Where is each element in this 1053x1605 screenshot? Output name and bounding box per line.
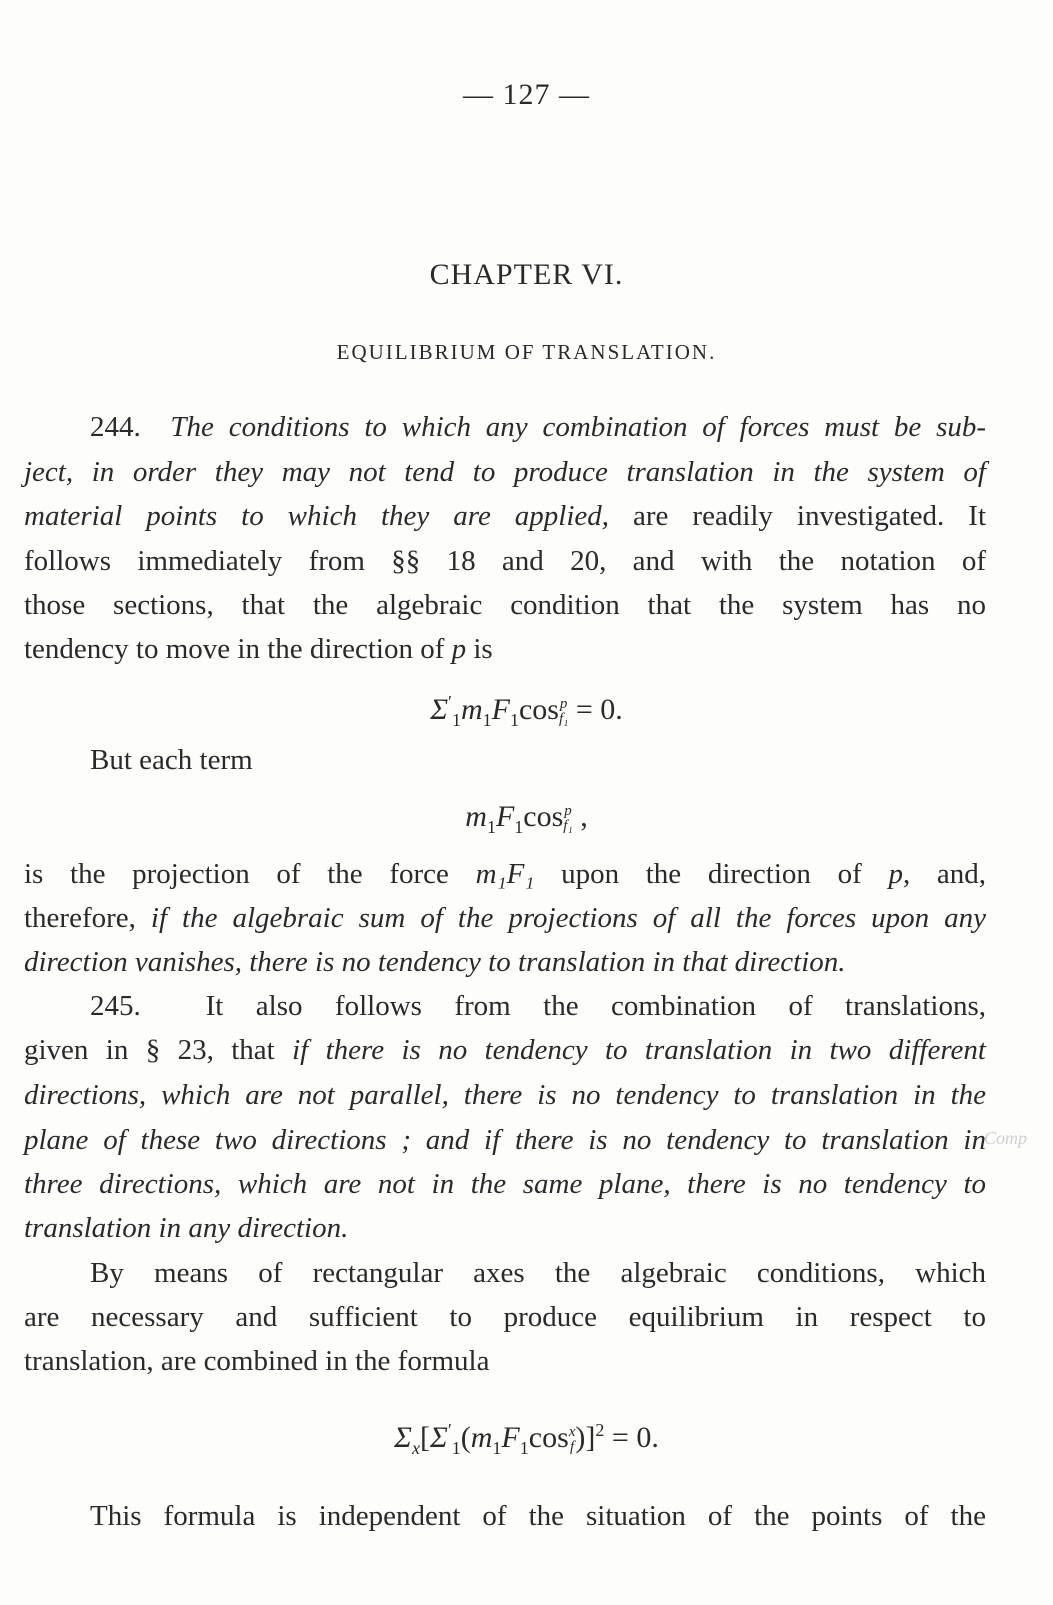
paragraph-number: 245.	[90, 990, 141, 1022]
text: given in § 23, that	[24, 1034, 292, 1066]
subscript: 1	[452, 1438, 461, 1458]
force-symbol: F	[492, 693, 510, 726]
paragraph-axes-line-1: By means of rectangular axes the algebra…	[90, 1253, 986, 1293]
subscript: 1	[514, 817, 523, 837]
text: therefore,	[24, 902, 151, 934]
variable: p	[452, 633, 467, 665]
but-each-term: But each term	[90, 740, 986, 780]
chapter-title: CHAPTER VI.	[0, 258, 1053, 292]
text: is the projection of the force	[24, 858, 476, 890]
bracket-open: [	[420, 1421, 430, 1454]
text: , and,	[903, 858, 986, 890]
text: tendency to move in the direction of	[24, 633, 452, 665]
section-title: EQUILIBRIUM OF TRANSLATION.	[0, 340, 1053, 365]
text: upon the direction of	[534, 858, 888, 890]
variable: m₁F₁	[476, 858, 535, 890]
frac-top: p	[563, 804, 572, 819]
paragraph-244-line-4: follows immediately from §§ 18 and 20, a…	[24, 541, 986, 581]
text: It also follows from the combination of …	[206, 990, 986, 1022]
formula-sum-projections: Σ′1m1F1cospf₁ = 0.	[0, 692, 1053, 731]
handwritten-margin-note: Comp	[984, 1128, 1027, 1149]
angle-fraction: pf₁	[559, 697, 568, 727]
subscript: 1	[452, 710, 461, 730]
paragraph-244-line-2: ject, in order they may not tend to prod…	[24, 452, 986, 492]
paragraph-244-line-1: 244. The conditions to which any combina…	[90, 407, 986, 447]
formula-single-term: m1F1cospf₁ ,	[0, 800, 1053, 838]
subscript: 1	[487, 817, 496, 837]
text: is	[466, 633, 493, 665]
paragraph-245-line-2: given in § 23, that if there is no tende…	[24, 1030, 986, 1070]
angle-fraction: pf₁	[563, 804, 572, 834]
mass-symbol: m	[471, 1421, 493, 1454]
paragraph-number: 244.	[90, 411, 141, 443]
paragraph-axes-line-2: are necessary and sufficient to produce …	[24, 1297, 986, 1337]
italic-text: if the algebraic sum of the projections …	[151, 902, 986, 934]
cos-function: cos	[523, 800, 563, 833]
equals-zero: = 0.	[568, 693, 622, 726]
equals-zero: = 0.	[604, 1421, 658, 1454]
cos-function: cos	[529, 1421, 569, 1454]
paragraph-245-line-1: 245. It also follows from the combinatio…	[90, 986, 986, 1026]
sigma-symbol: Σ	[430, 1421, 448, 1454]
frac-top: p	[559, 697, 568, 712]
paragraph-244-line-5: those sections, that the algebraic condi…	[24, 585, 986, 625]
paren-open: (	[461, 1421, 471, 1454]
italic-text: direction vanishes, there is no tendency…	[24, 946, 846, 978]
frac-bottom: f₁	[563, 819, 572, 834]
paragraph-245-line-4: plane of these two directions ; and if t…	[24, 1120, 986, 1160]
formula-rectangular-axes: Σx[Σ′1(m1F1cosxf)]2 = 0.	[0, 1420, 1053, 1459]
frac-bottom: f₁	[559, 712, 568, 727]
bracket-close: ]	[585, 1421, 595, 1454]
paragraph-244-line-3: material points to which they are applie…	[24, 496, 986, 536]
force-symbol: F	[501, 1421, 519, 1454]
paragraph-axes-line-3: translation, are combined in the formula	[24, 1341, 986, 1381]
prime: ′	[448, 692, 452, 712]
italic-text: if there is no tendency to translation i…	[292, 1034, 986, 1066]
subscript: 1	[483, 710, 492, 730]
cos-function: cos	[519, 693, 559, 726]
italic-text: The conditions to which any combination …	[170, 411, 986, 443]
paragraph-cont-line-2: therefore, if the algebraic sum of the p…	[24, 898, 986, 938]
paragraph-cont-line-3: direction vanishes, there is no tendency…	[24, 942, 986, 982]
paragraph-245-line-5: three directions, which are not in the s…	[24, 1164, 986, 1204]
force-symbol: F	[496, 800, 514, 833]
mass-symbol: m	[465, 800, 487, 833]
paragraph-cont-line-1: is the projection of the force m₁F₁ upon…	[24, 854, 986, 894]
page-number: — 127 —	[0, 78, 1053, 112]
paren-close: )	[575, 1421, 585, 1454]
italic-text: material points to which they are applie…	[24, 500, 609, 532]
sigma-symbol: Σ	[394, 1421, 412, 1454]
subscript: 1	[510, 710, 519, 730]
paragraph-245-line-6: translation in any direction.	[24, 1208, 986, 1248]
comma: ,	[573, 800, 588, 833]
last-line: This formula is independent of the situa…	[90, 1496, 986, 1536]
paragraph-244-line-6: tendency to move in the direction of p i…	[24, 629, 986, 669]
mass-symbol: m	[461, 693, 483, 726]
subscript: x	[412, 1438, 420, 1458]
paragraph-245-line-3: directions, which are not parallel, ther…	[24, 1075, 986, 1115]
prime: ′	[448, 1420, 452, 1440]
sigma-symbol: Σ	[430, 693, 448, 726]
subscript: 1	[520, 1438, 529, 1458]
variable: p	[888, 858, 903, 890]
text: are readily investigated. It	[609, 500, 986, 532]
italic-text: ject, in order they may not tend to prod…	[24, 456, 986, 488]
